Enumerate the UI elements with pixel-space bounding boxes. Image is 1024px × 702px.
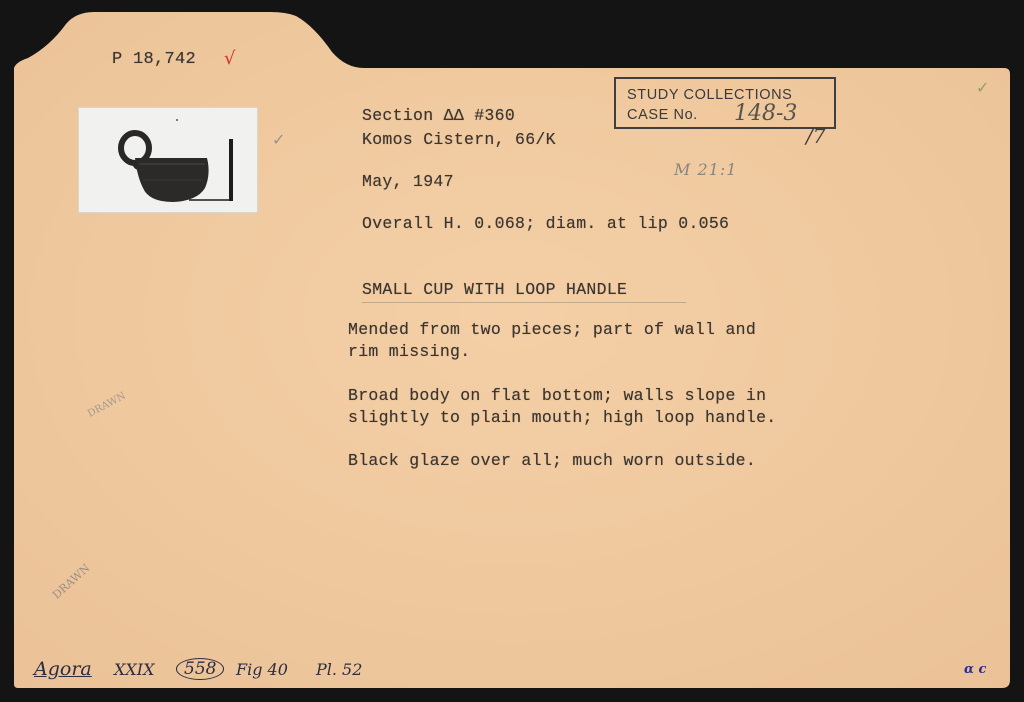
artifact-photo xyxy=(78,107,258,213)
case-number-suffix: /7 xyxy=(806,124,825,148)
publication-volume: XXIX xyxy=(114,660,155,679)
stamp-line-2: CASE No. xyxy=(627,107,698,123)
publication-series: Agora xyxy=(34,658,92,680)
publication-item-number: 558 xyxy=(176,658,224,680)
study-collections-stamp: STUDY COLLECTIONS CASE No. 148-3 xyxy=(614,77,836,129)
green-check-mark: ✓ xyxy=(976,78,989,97)
description-line-5: Black glaze over all; much worn outside. xyxy=(348,451,756,470)
date-line: May, 1947 xyxy=(362,172,454,191)
object-title: SMALL CUP WITH LOOP HANDLE xyxy=(362,280,627,299)
description-line-1: Mended from two pieces; part of wall and xyxy=(348,320,756,339)
publication-plate: Pl. 52 xyxy=(316,660,362,679)
negative-reference: M 21:1 xyxy=(674,160,737,179)
location-line: Komos Cistern, 66/K xyxy=(362,130,556,149)
description-line-2: rim missing. xyxy=(348,342,470,361)
catalog-number: P 18,742 xyxy=(112,50,196,69)
cup-image-icon xyxy=(79,108,257,212)
description-line-3: Broad body on flat bottom; walls slope i… xyxy=(348,386,766,405)
description-line-4: slightly to plain mouth; high loop handl… xyxy=(348,408,776,427)
pencil-check-mark: ✓ xyxy=(272,130,285,149)
publication-figure: Fig 40 xyxy=(236,660,288,679)
red-check-mark: √ xyxy=(224,48,235,69)
catalog-card: P 18,742 √ ✓ Section ΔΔ #360 Komos Ciste… xyxy=(14,12,1010,688)
section-line: Section ΔΔ #360 xyxy=(362,106,515,125)
corner-mark: α c xyxy=(964,662,986,677)
title-underline xyxy=(362,302,686,303)
case-number: 148-3 xyxy=(734,101,797,126)
dimensions-line: Overall H. 0.068; diam. at lip 0.056 xyxy=(362,214,729,233)
